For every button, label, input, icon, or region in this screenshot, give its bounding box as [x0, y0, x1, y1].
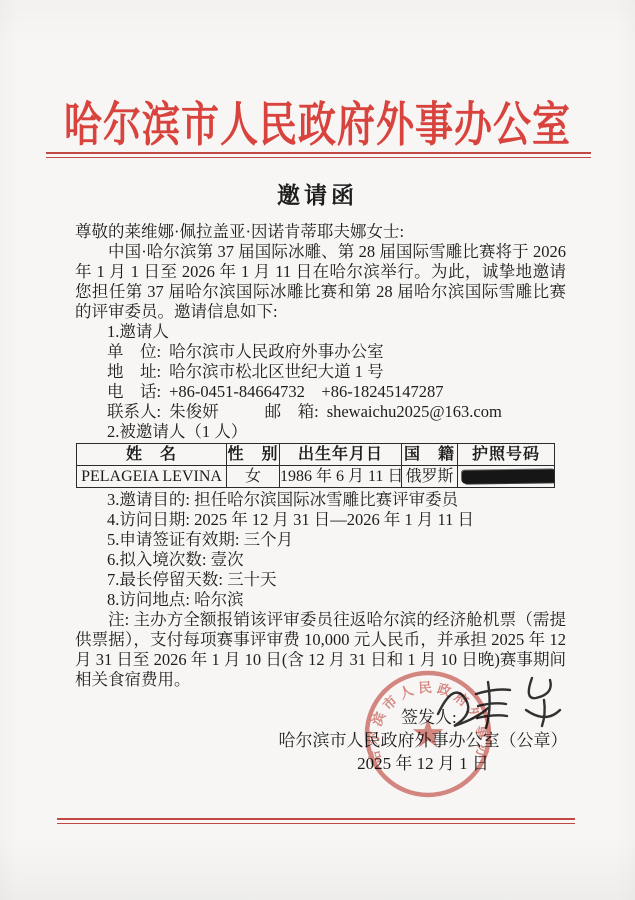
unit-label: 单 位:	[107, 342, 161, 362]
cell-birthdate: 1986 年 6 月 11 日	[280, 466, 402, 488]
address-label: 地 址:	[107, 362, 161, 382]
inviter-address-row: 地 址:哈尔滨市松北区世纪大道 1 号	[107, 362, 566, 382]
cell-passport	[458, 466, 555, 488]
header-birthdate: 出生年月日	[280, 444, 402, 466]
invitee-table: 姓 名 性 别 出生年月日 国 籍 护照号码 PELAGEIA LEVINA 女…	[76, 443, 555, 488]
item-visit-place: 8.访问地点: 哈尔滨	[107, 590, 566, 610]
header-gender: 性 别	[227, 444, 280, 466]
intro-paragraph: 中国·哈尔滨第 37 届国际冰雕、第 28 届国际雪雕比赛将于 2026 年 1…	[75, 242, 566, 322]
invitee-heading: 2.被邀请人（1 人）	[107, 422, 566, 442]
header-nationality: 国 籍	[402, 444, 458, 466]
letterhead-title: 哈尔滨市人民政府外事办公室	[0, 86, 635, 155]
cell-nationality: 俄罗斯	[402, 466, 458, 488]
phone-value: +86-0451-84664732 +86-18245147287	[169, 382, 443, 401]
passport-redaction-bar	[462, 469, 555, 483]
inviter-heading: 1.邀请人	[107, 322, 566, 342]
letter-body: 尊敬的莱维娜·佩拉盖亚·因诺肯蒂耶夫娜女士: 中国·哈尔滨第 37 届国际冰雕、…	[75, 222, 566, 690]
item-entries: 6.拟入境次数: 壹次	[107, 550, 566, 570]
table-header-row: 姓 名 性 别 出生年月日 国 籍 护照号码	[77, 444, 555, 466]
official-seal: 哈尔滨市人民政府外事办公室	[360, 666, 496, 802]
document-title: 邀请函	[0, 177, 635, 210]
header-name: 姓 名	[77, 444, 227, 466]
item-visa-validity: 5.申请签证有效期: 三个月	[107, 530, 566, 550]
svg-text:哈尔滨市人民政府外事办公室: 哈尔滨市人民政府外事办公室	[360, 666, 491, 766]
item-max-stay: 7.最长停留天数: 三十天	[107, 570, 566, 590]
cell-name: PELAGEIA LEVINA	[77, 466, 227, 488]
inviter-phone-row: 电 话:+86-0451-84664732 +86-18245147287	[107, 382, 566, 402]
table-row: PELAGEIA LEVINA 女 1986 年 6 月 11 日 俄罗斯	[77, 466, 555, 488]
seal-star-icon	[413, 718, 444, 747]
email-value: shewaichu2025@163.com	[327, 402, 502, 421]
letterhead-divider	[46, 152, 591, 158]
cell-gender: 女	[227, 466, 280, 488]
inviter-unit-row: 单 位:哈尔滨市人民政府外事办公室	[107, 342, 566, 362]
inviter-contact-row: 联系人:朱俊妍邮 箱:shewaichu2025@163.com	[107, 402, 566, 422]
item-visit-dates: 4.访问日期: 2025 年 12 月 31 日—2026 年 1 月 11 日	[107, 510, 566, 530]
phone-label: 电 话:	[107, 382, 161, 402]
salutation: 尊敬的莱维娜·佩拉盖亚·因诺肯蒂耶夫娜女士:	[75, 222, 566, 242]
document-page: 哈尔滨市人民政府外事办公室 邀请函 尊敬的莱维娜·佩拉盖亚·因诺肯蒂耶夫娜女士:…	[0, 0, 635, 900]
header-passport: 护照号码	[458, 444, 555, 466]
contact-value: 朱俊妍	[169, 402, 219, 421]
footer-divider	[57, 818, 575, 824]
address-value: 哈尔滨市松北区世纪大道 1 号	[169, 362, 384, 381]
contact-label: 联系人:	[107, 402, 161, 422]
unit-value: 哈尔滨市人民政府外事办公室	[169, 342, 384, 361]
item-purpose: 3.邀请目的: 担任哈尔滨国际冰雪雕比赛评审委员	[107, 490, 566, 510]
email-label: 邮 箱:	[265, 402, 319, 422]
